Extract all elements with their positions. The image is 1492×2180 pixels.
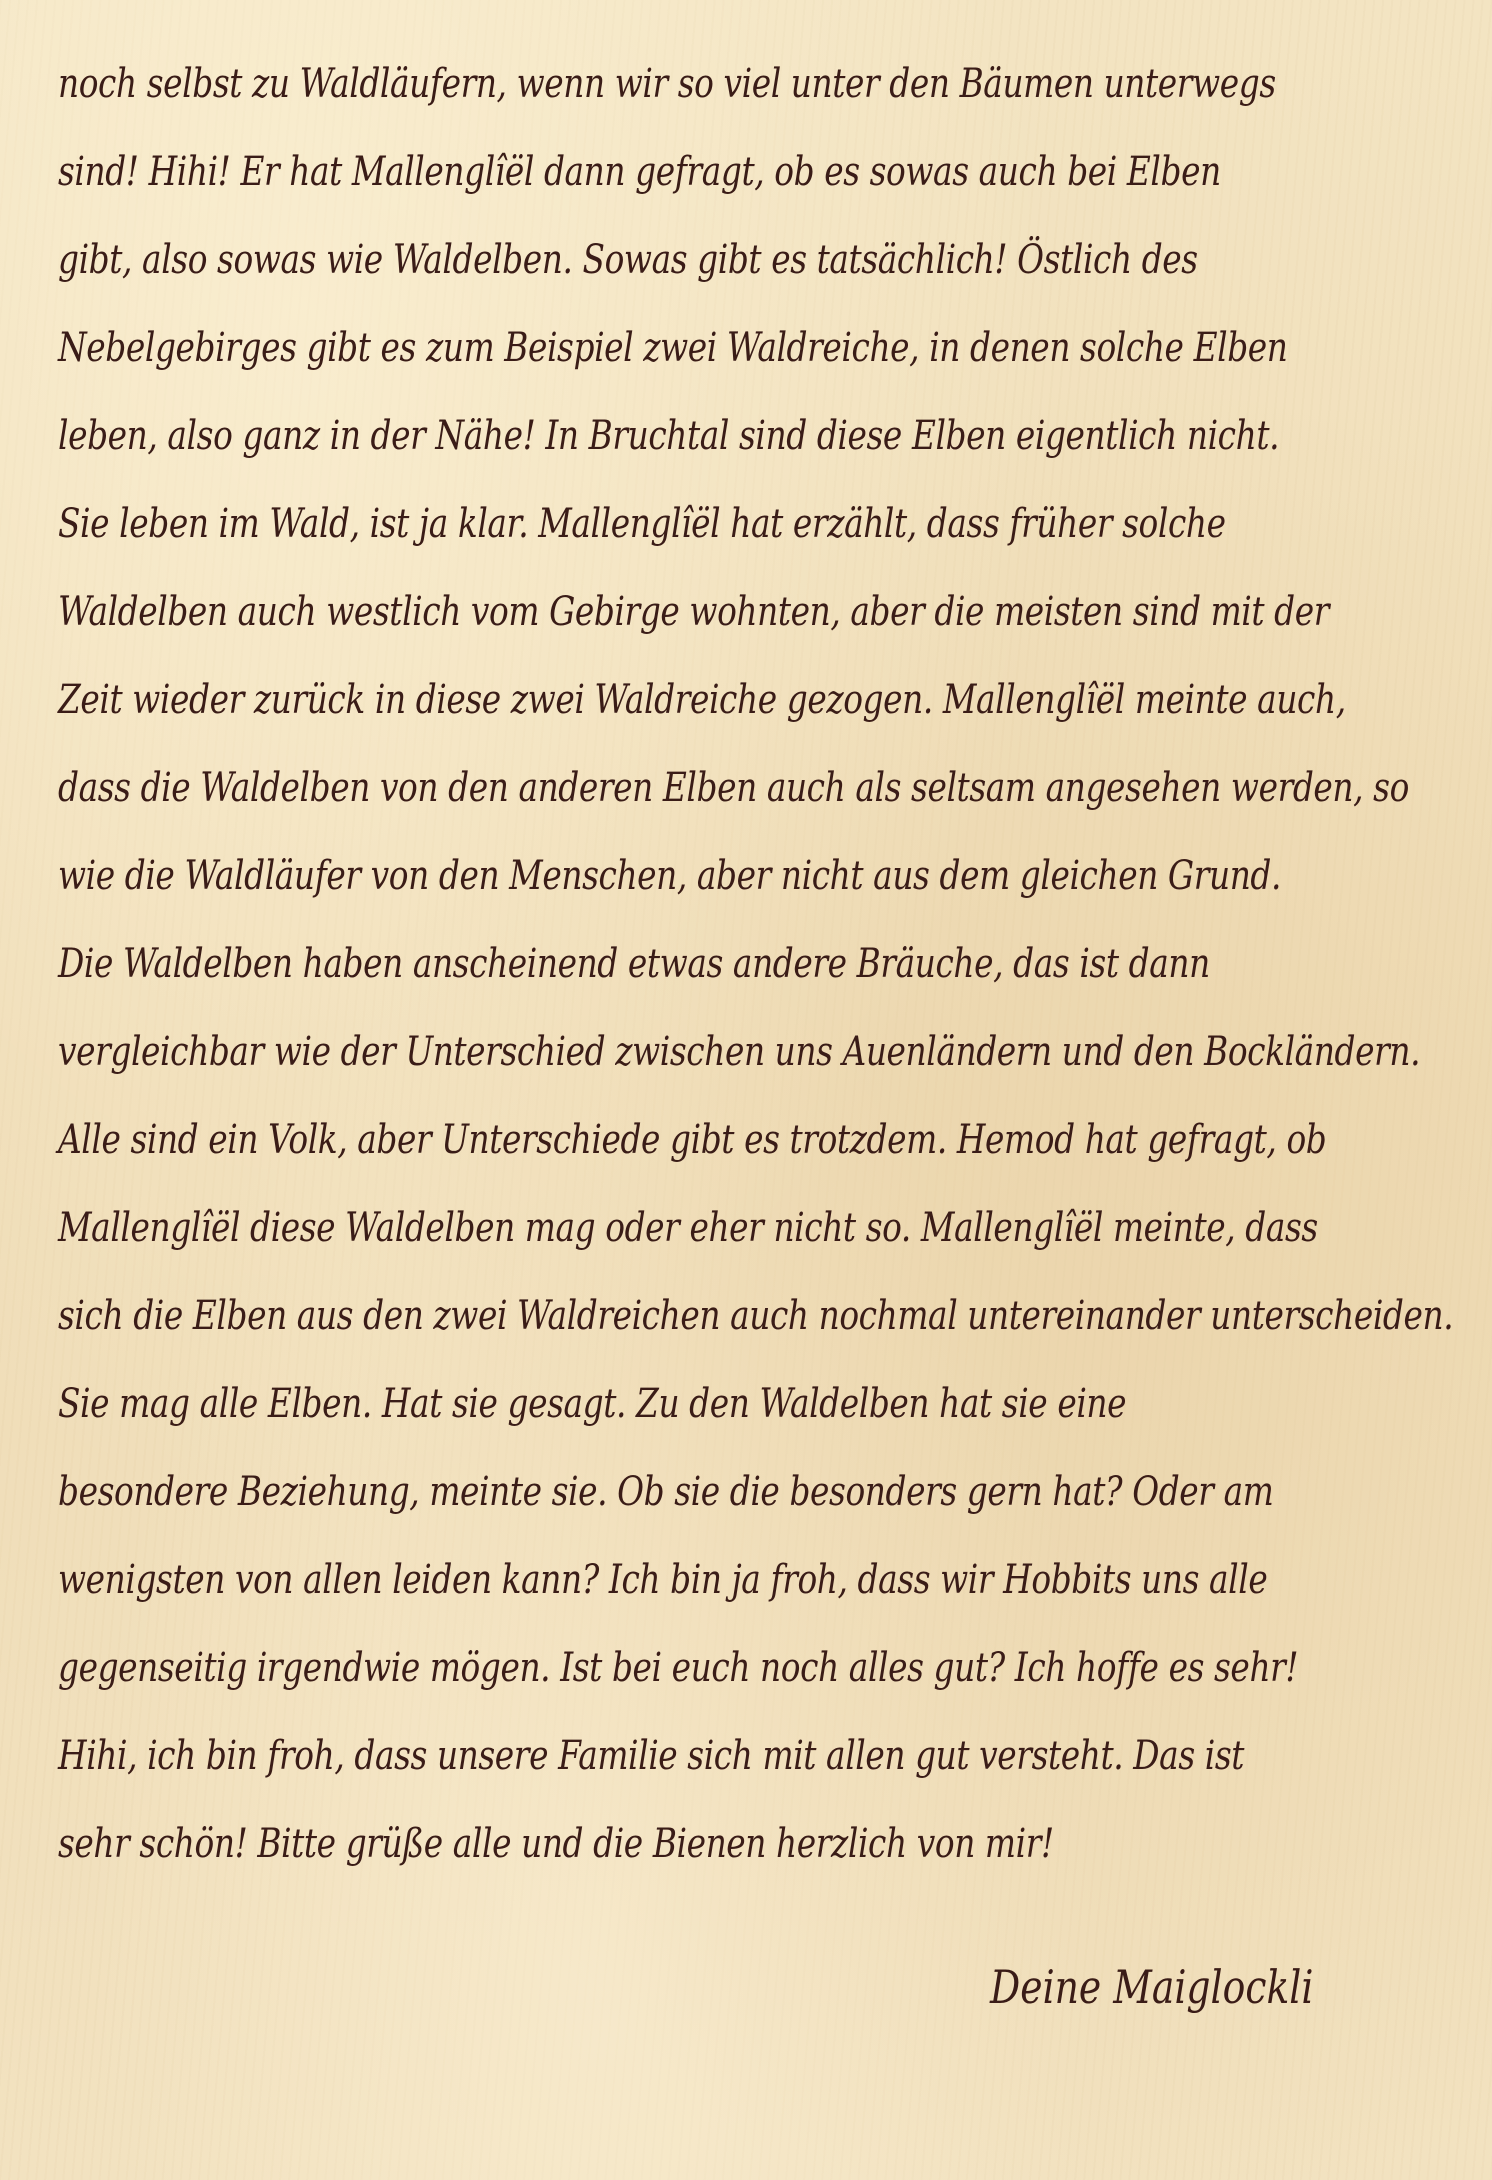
letter-line: vergleichbar wie der Unterschied zwische… <box>58 1008 1206 1096</box>
letter-line: Sie mag alle Elben. Hat sie gesagt. Zu d… <box>58 1360 1206 1448</box>
letter-line: Hihi, ich bin froh, dass unsere Familie … <box>58 1712 1206 1800</box>
letter-signature: Deine Maiglockli <box>990 1960 1313 2014</box>
letter-line: Nebelgebirges gibt es zum Beispiel zwei … <box>58 304 1206 392</box>
letter-line: Zeit wieder zurück in diese zwei Waldrei… <box>58 656 1206 744</box>
letter-line: sehr schön! Bitte grüße alle und die Bie… <box>58 1800 1206 1888</box>
letter-line: dass die Waldelben von den anderen Elben… <box>58 744 1206 832</box>
letter-line: noch selbst zu Waldläufern, wenn wir so … <box>58 40 1206 128</box>
letter-line: Alle sind ein Volk, aber Unterschiede gi… <box>58 1096 1206 1184</box>
letter-line: Sie leben im Wald, ist ja klar. Mallengl… <box>58 480 1206 568</box>
letter-line: Mallenglîël diese Waldelben mag oder ehe… <box>58 1184 1206 1272</box>
letter-line: wenigsten von allen leiden kann? Ich bin… <box>58 1536 1206 1624</box>
letter-line: sich die Elben aus den zwei Waldreichen … <box>58 1272 1206 1360</box>
letter-line: wie die Waldläufer von den Menschen, abe… <box>58 832 1206 920</box>
letter-line: Die Waldelben haben anscheinend etwas an… <box>58 920 1206 1008</box>
letter-line: leben, also ganz in der Nähe! In Bruchta… <box>58 392 1206 480</box>
letter-line: Waldelben auch westlich vom Gebirge wohn… <box>58 568 1206 656</box>
letter-line: besondere Beziehung, meinte sie. Ob sie … <box>58 1448 1206 1536</box>
letter-body: noch selbst zu Waldläufern, wenn wir so … <box>58 40 1458 1888</box>
letter-line: gegenseitig irgendwie mögen. Ist bei euc… <box>58 1624 1206 1712</box>
letter-line: sind! Hihi! Er hat Mallenglîël dann gefr… <box>58 128 1206 216</box>
letter-line: gibt, also sowas wie Waldelben. Sowas gi… <box>58 216 1206 304</box>
